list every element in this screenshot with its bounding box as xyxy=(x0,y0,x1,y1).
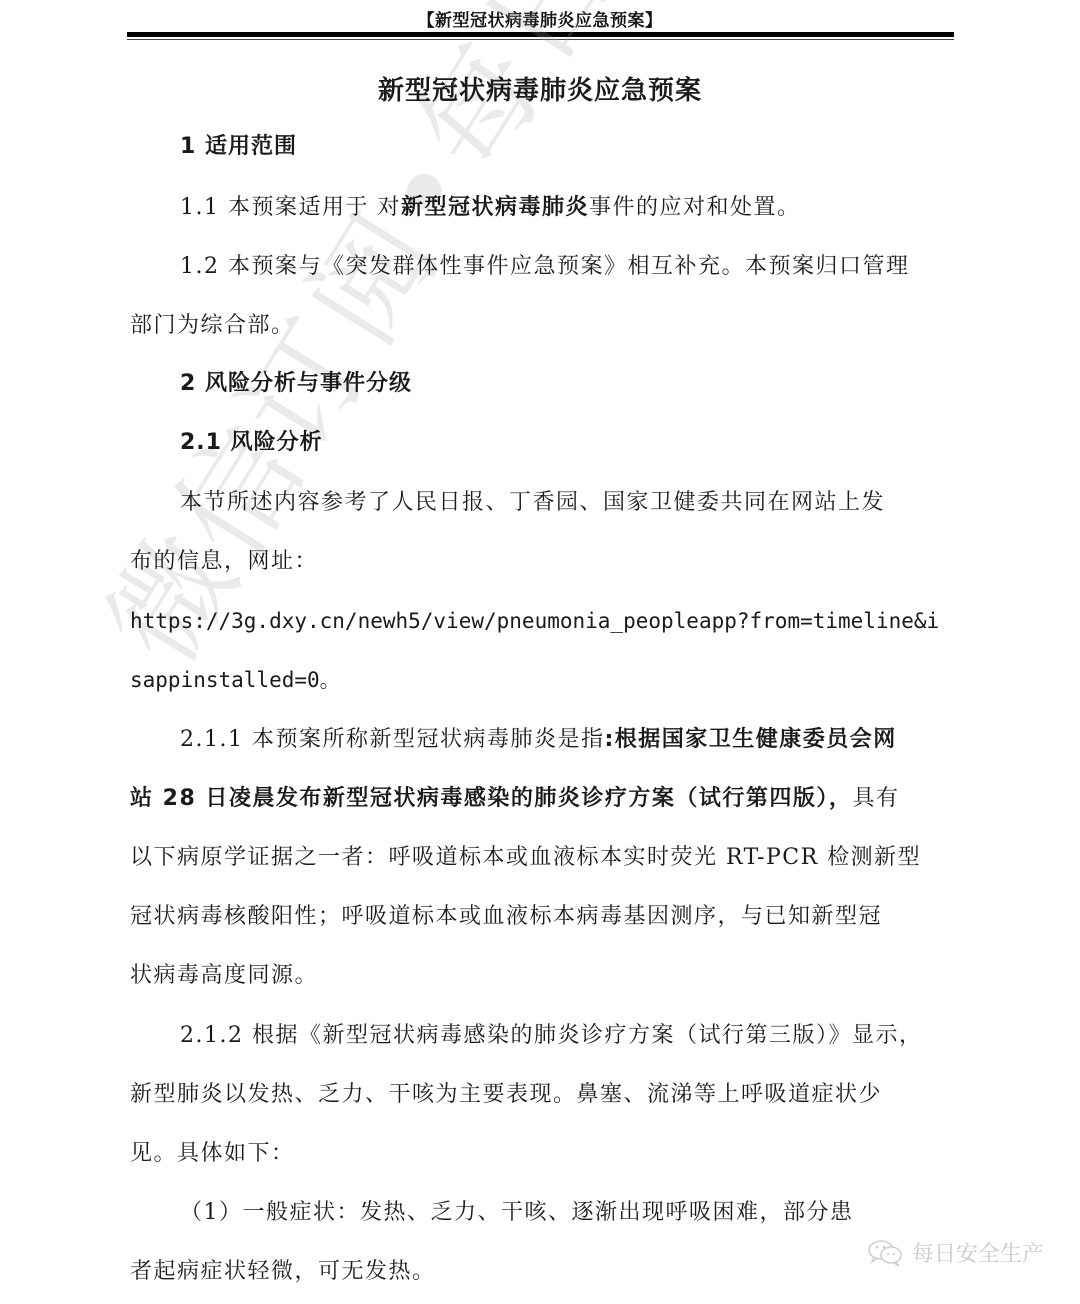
reference-url-line2: sappinstalled=0。 xyxy=(130,665,341,695)
text: 具有 xyxy=(852,786,899,811)
text: 1.1 本预案适用于 对 xyxy=(180,195,401,220)
paragraph-1-2-line2: 部门为综合部。 xyxy=(130,311,295,341)
bold-text: 站 28 日凌晨发布新型冠状病毒感染的肺炎诊疗方案（试行第四版）， xyxy=(130,786,852,811)
paragraph-2-1-1-line1: 2.1.1 本预案所称新型冠状病毒肺炎是指:根据国家卫生健康委员会网 xyxy=(180,725,897,755)
text: 2.1.1 本预案所称新型冠状病毒肺炎是指 xyxy=(180,727,604,752)
brand-mark: 每日安全生产 xyxy=(866,1237,1044,1268)
bold-text: 新型冠状病毒肺炎 xyxy=(401,195,589,220)
paragraph-2-1-line1: 本节所述内容参考了人民日报、丁香园、国家卫健委共同在网站上发 xyxy=(180,488,885,518)
paragraph-2-1-1-line3: 以下病原学证据之一者：呼吸道标本或血液标本实时荧光 RT-PCR 检测新型 xyxy=(130,843,921,873)
text: 事件的应对和处置。 xyxy=(589,195,801,220)
bold-text: :根据国家卫生健康委员会网 xyxy=(604,727,896,752)
section-2-1-heading: 2.1 风险分析 xyxy=(180,428,323,458)
paragraph-2-1-1-line4: 冠状病毒核酸阳性；呼吸道标本或血液标本病毒基因测序，与已知新型冠 xyxy=(130,902,882,932)
paragraph-2-1-2-line2: 新型肺炎以发热、乏力、干咳为主要表现。鼻塞、流涕等上呼吸道症状少 xyxy=(130,1080,882,1110)
paragraph-2-1-1-line2: 站 28 日凌晨发布新型冠状病毒感染的肺炎诊疗方案（试行第四版），具有 xyxy=(130,784,899,814)
section-2-heading: 2 风险分析与事件分级 xyxy=(180,369,412,399)
section-1-heading: 1 适用范围 xyxy=(180,132,297,162)
wechat-icon xyxy=(866,1238,906,1268)
paragraph-2-1-2-line1: 2.1.2 根据《新型冠状病毒感染的肺炎诊疗方案（试行第三版）》显示， xyxy=(180,1021,922,1051)
paragraph-2-1-line2: 布的信息，网址： xyxy=(130,547,318,577)
list-item-1-line2: 者起病症状轻微，可无发热。 xyxy=(130,1257,436,1287)
list-item-1-line1: （1）一般症状：发热、乏力、干咳、逐渐出现呼吸困难，部分患 xyxy=(180,1198,854,1228)
paragraph-1-1: 1.1 本预案适用于 对新型冠状病毒肺炎事件的应对和处置。 xyxy=(180,193,801,223)
header-rule-thick xyxy=(127,32,954,37)
brand-name: 每日安全生产 xyxy=(912,1237,1044,1268)
document-title: 新型冠状病毒肺炎应急预案 xyxy=(0,70,1080,107)
header-rule-thin xyxy=(127,39,954,40)
paragraph-1-2-line1: 1.2 本预案与《突发群体性事件应急预案》相互补充。本预案归口管理 xyxy=(180,252,909,282)
running-header: 【新型冠状病毒肺炎应急预案】 xyxy=(0,6,1080,31)
paragraph-2-1-1-line5: 状病毒高度同源。 xyxy=(130,961,318,991)
paragraph-2-1-2-line3: 见。具体如下： xyxy=(130,1139,295,1169)
reference-url-line1: https://3g.dxy.cn/newh5/view/pneumonia_p… xyxy=(130,606,939,636)
